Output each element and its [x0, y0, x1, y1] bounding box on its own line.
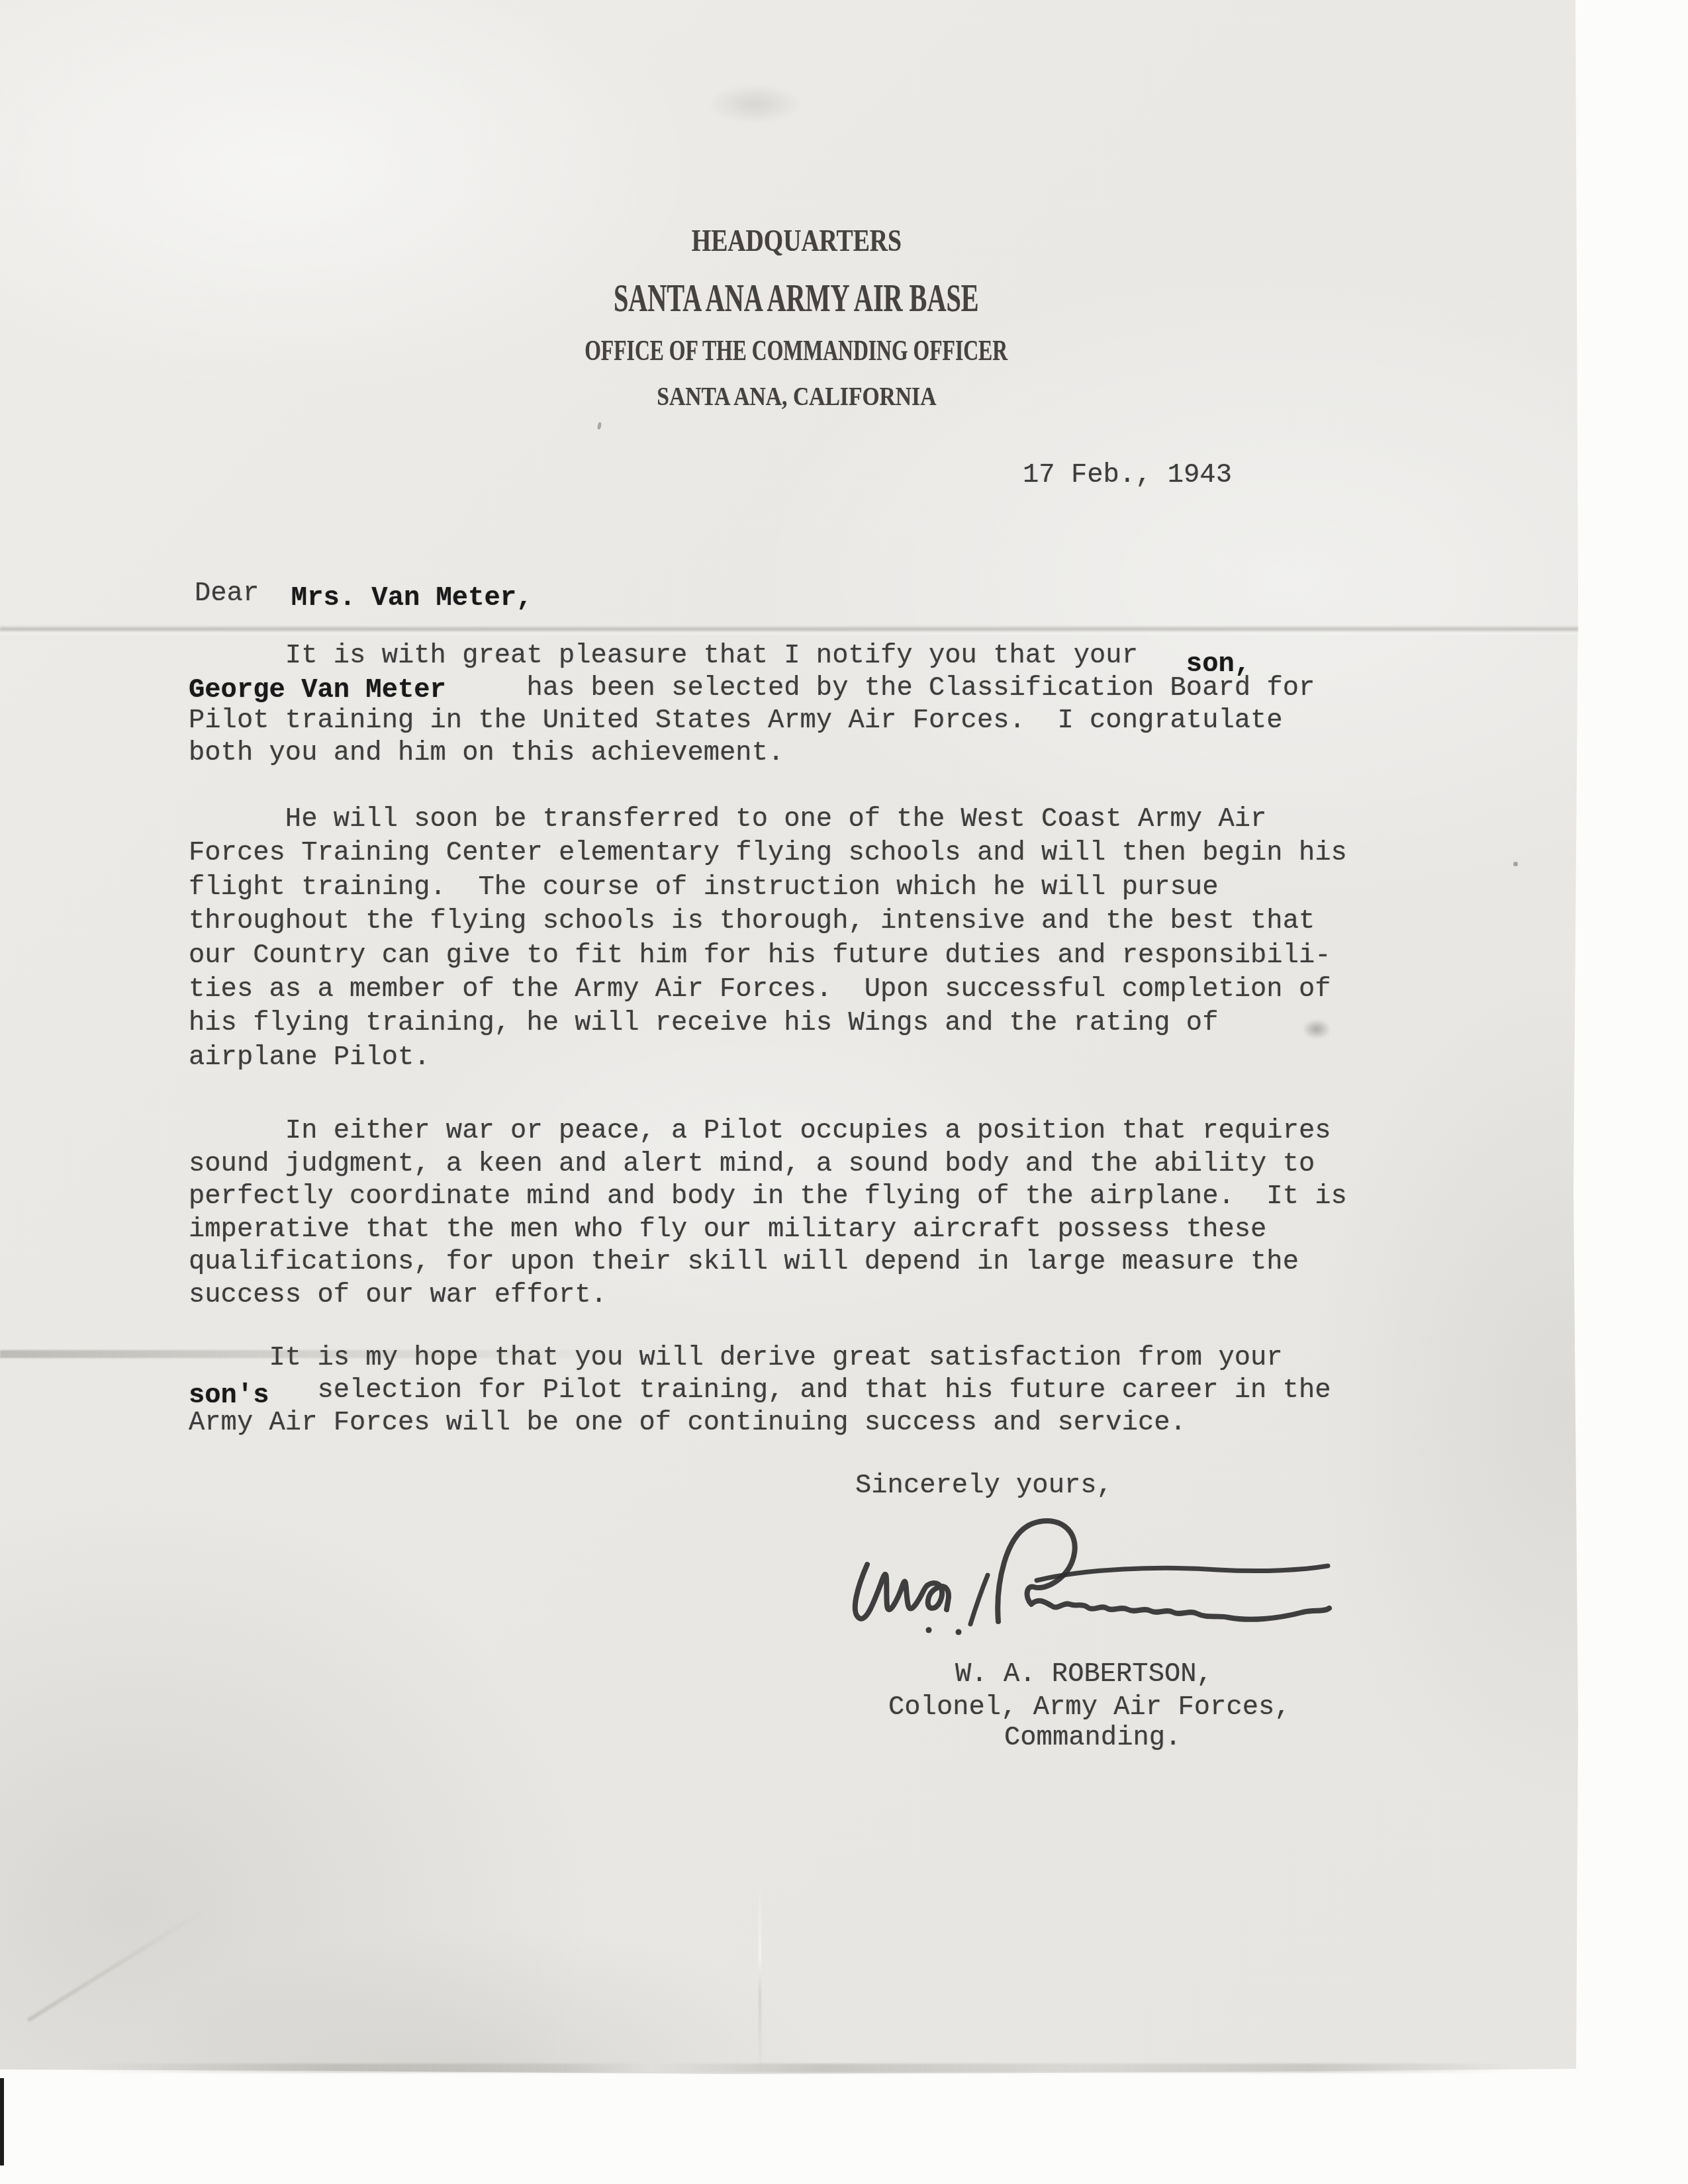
typed-text: In either war or peace, a Pilot occupies… — [189, 1116, 1331, 1146]
text-line: sound judgment, a keen and alert mind, a… — [189, 1148, 1347, 1181]
typed-text: It is with great pleasure that I notify … — [189, 641, 1186, 671]
text-line: flight training. The course of instructi… — [189, 871, 1347, 905]
fillin-text: George Van Meter — [189, 675, 446, 705]
signature-stroke-wa — [855, 1565, 949, 1619]
fillin-text: Mrs. Van Meter, — [291, 583, 533, 614]
text-line: It is with great pleasure that I notify … — [189, 640, 1315, 672]
salutation: Dear Mrs. Van Meter, — [195, 578, 532, 609]
text-line: perfectly coordinate mind and body in th… — [189, 1181, 1347, 1214]
text-line: our Country can give to fit him for his … — [189, 939, 1347, 973]
paper-speck — [1513, 862, 1518, 866]
text-line: It is my hope that you will derive great… — [189, 1342, 1331, 1375]
signature-dot — [956, 1629, 962, 1635]
typed-text: both you and him on this achievement. — [189, 738, 784, 768]
signature-script — [847, 1508, 1337, 1648]
typed-text: qualifications, for upon their skill wil… — [189, 1247, 1299, 1277]
typed-text: airplane Pilot. — [189, 1042, 430, 1073]
typed-text: perfectly coordinate mind and body in th… — [189, 1181, 1347, 1212]
signature-stroke-slash — [970, 1575, 988, 1624]
typed-text: throughout the flying schools is thoroug… — [189, 906, 1315, 936]
text-line: throughout the flying schools is thoroug… — [189, 905, 1347, 938]
signer-role: Commanding. — [1004, 1723, 1181, 1753]
text-line: ties as a member of the Army Air Forces.… — [189, 973, 1347, 1007]
signature-stroke-cross — [1037, 1566, 1328, 1580]
typed-text: sound judgment, a keen and alert mind, a… — [189, 1149, 1315, 1179]
letterhead-line-base-name: SANTA ANA ARMY AIR BASE — [7, 275, 1585, 321]
text-line: airplane Pilot. — [189, 1041, 1347, 1075]
text-line: his flying training, he will receive his… — [189, 1007, 1347, 1040]
fillin-text: son, — [1186, 649, 1250, 680]
paper-bottom-edge — [79, 2064, 1509, 2073]
letterhead-line-location: SANTA ANA, CALIFORNIA — [7, 381, 1585, 412]
paragraph-3: In either war or peace, a Pilot occupies… — [189, 1115, 1347, 1312]
fillin-text: son's — [189, 1381, 269, 1411]
scanned-letter-page: HEADQUARTERS SANTA ANA ARMY AIR BASE OFF… — [0, 0, 1688, 2184]
typed-text: Dear — [195, 578, 291, 609]
typed-text: He will soon be transferred to one of th… — [189, 804, 1266, 835]
typed-text: Army Air Forces will be one of continuin… — [189, 1408, 1186, 1438]
typed-text: ties as a member of the Army Air Forces.… — [189, 974, 1331, 1005]
text-line: Forces Training Center elementary flying… — [189, 837, 1347, 870]
typed-text: It is my hope that you will derive great… — [189, 1343, 1283, 1373]
typed-text: selection for Pilot training, and that h… — [269, 1375, 1331, 1406]
text-line: son's selection for Pilot training, and … — [189, 1375, 1331, 1407]
text-line: both you and him on this achievement. — [189, 737, 1315, 770]
letterhead-line-headquarters: HEADQUARTERS — [7, 223, 1585, 258]
typed-text: his flying training, he will receive his… — [189, 1008, 1218, 1038]
typed-text: Forces Training Center elementary flying… — [189, 838, 1347, 868]
paragraph-1: It is with great pleasure that I notify … — [189, 640, 1315, 770]
text-line: imperative that the men who fly our mili… — [189, 1214, 1347, 1247]
letter-date: 17 Feb., 1943 — [1023, 460, 1232, 490]
letterhead-line-office: OFFICE OF THE COMMANDING OFFICER — [7, 334, 1585, 367]
text-line: qualifications, for upon their skill wil… — [189, 1246, 1347, 1279]
text-line: George Van Meter has been selected by th… — [189, 672, 1315, 705]
typed-text: imperative that the men who fly our mili… — [189, 1214, 1266, 1245]
text-line: Pilot training in the United States Army… — [189, 705, 1315, 737]
text-line: In either war or peace, a Pilot occupies… — [189, 1115, 1347, 1148]
paragraph-4: It is my hope that you will derive great… — [189, 1342, 1331, 1439]
fold-crease-top — [0, 625, 1578, 635]
typed-text: our Country can give to fit him for his … — [189, 940, 1331, 971]
vertical-crease — [759, 1880, 761, 2073]
scan-edge-artifact — [0, 2078, 4, 2165]
text-line: success of our war effort. — [189, 1279, 1347, 1312]
signer-title: Colonel, Army Air Forces, — [888, 1692, 1291, 1723]
signer-name: W. A. ROBERTSON, — [955, 1659, 1213, 1690]
typed-text: flight training. The course of instructi… — [189, 872, 1218, 903]
text-line: Dear Mrs. Van Meter, — [195, 578, 532, 609]
signature-dot — [926, 1627, 932, 1633]
typed-text: success of our war effort. — [189, 1280, 607, 1310]
paper-stain — [708, 85, 801, 123]
typed-text: Pilot training in the United States Army… — [189, 705, 1283, 736]
paragraph-2: He will soon be transferred to one of th… — [189, 803, 1347, 1075]
text-line: He will soon be transferred to one of th… — [189, 803, 1347, 837]
typed-text: has been selected by the Classification … — [446, 673, 1315, 704]
valediction: Sincerely yours, — [855, 1471, 1113, 1501]
text-line: Army Air Forces will be one of continuin… — [189, 1407, 1331, 1439]
